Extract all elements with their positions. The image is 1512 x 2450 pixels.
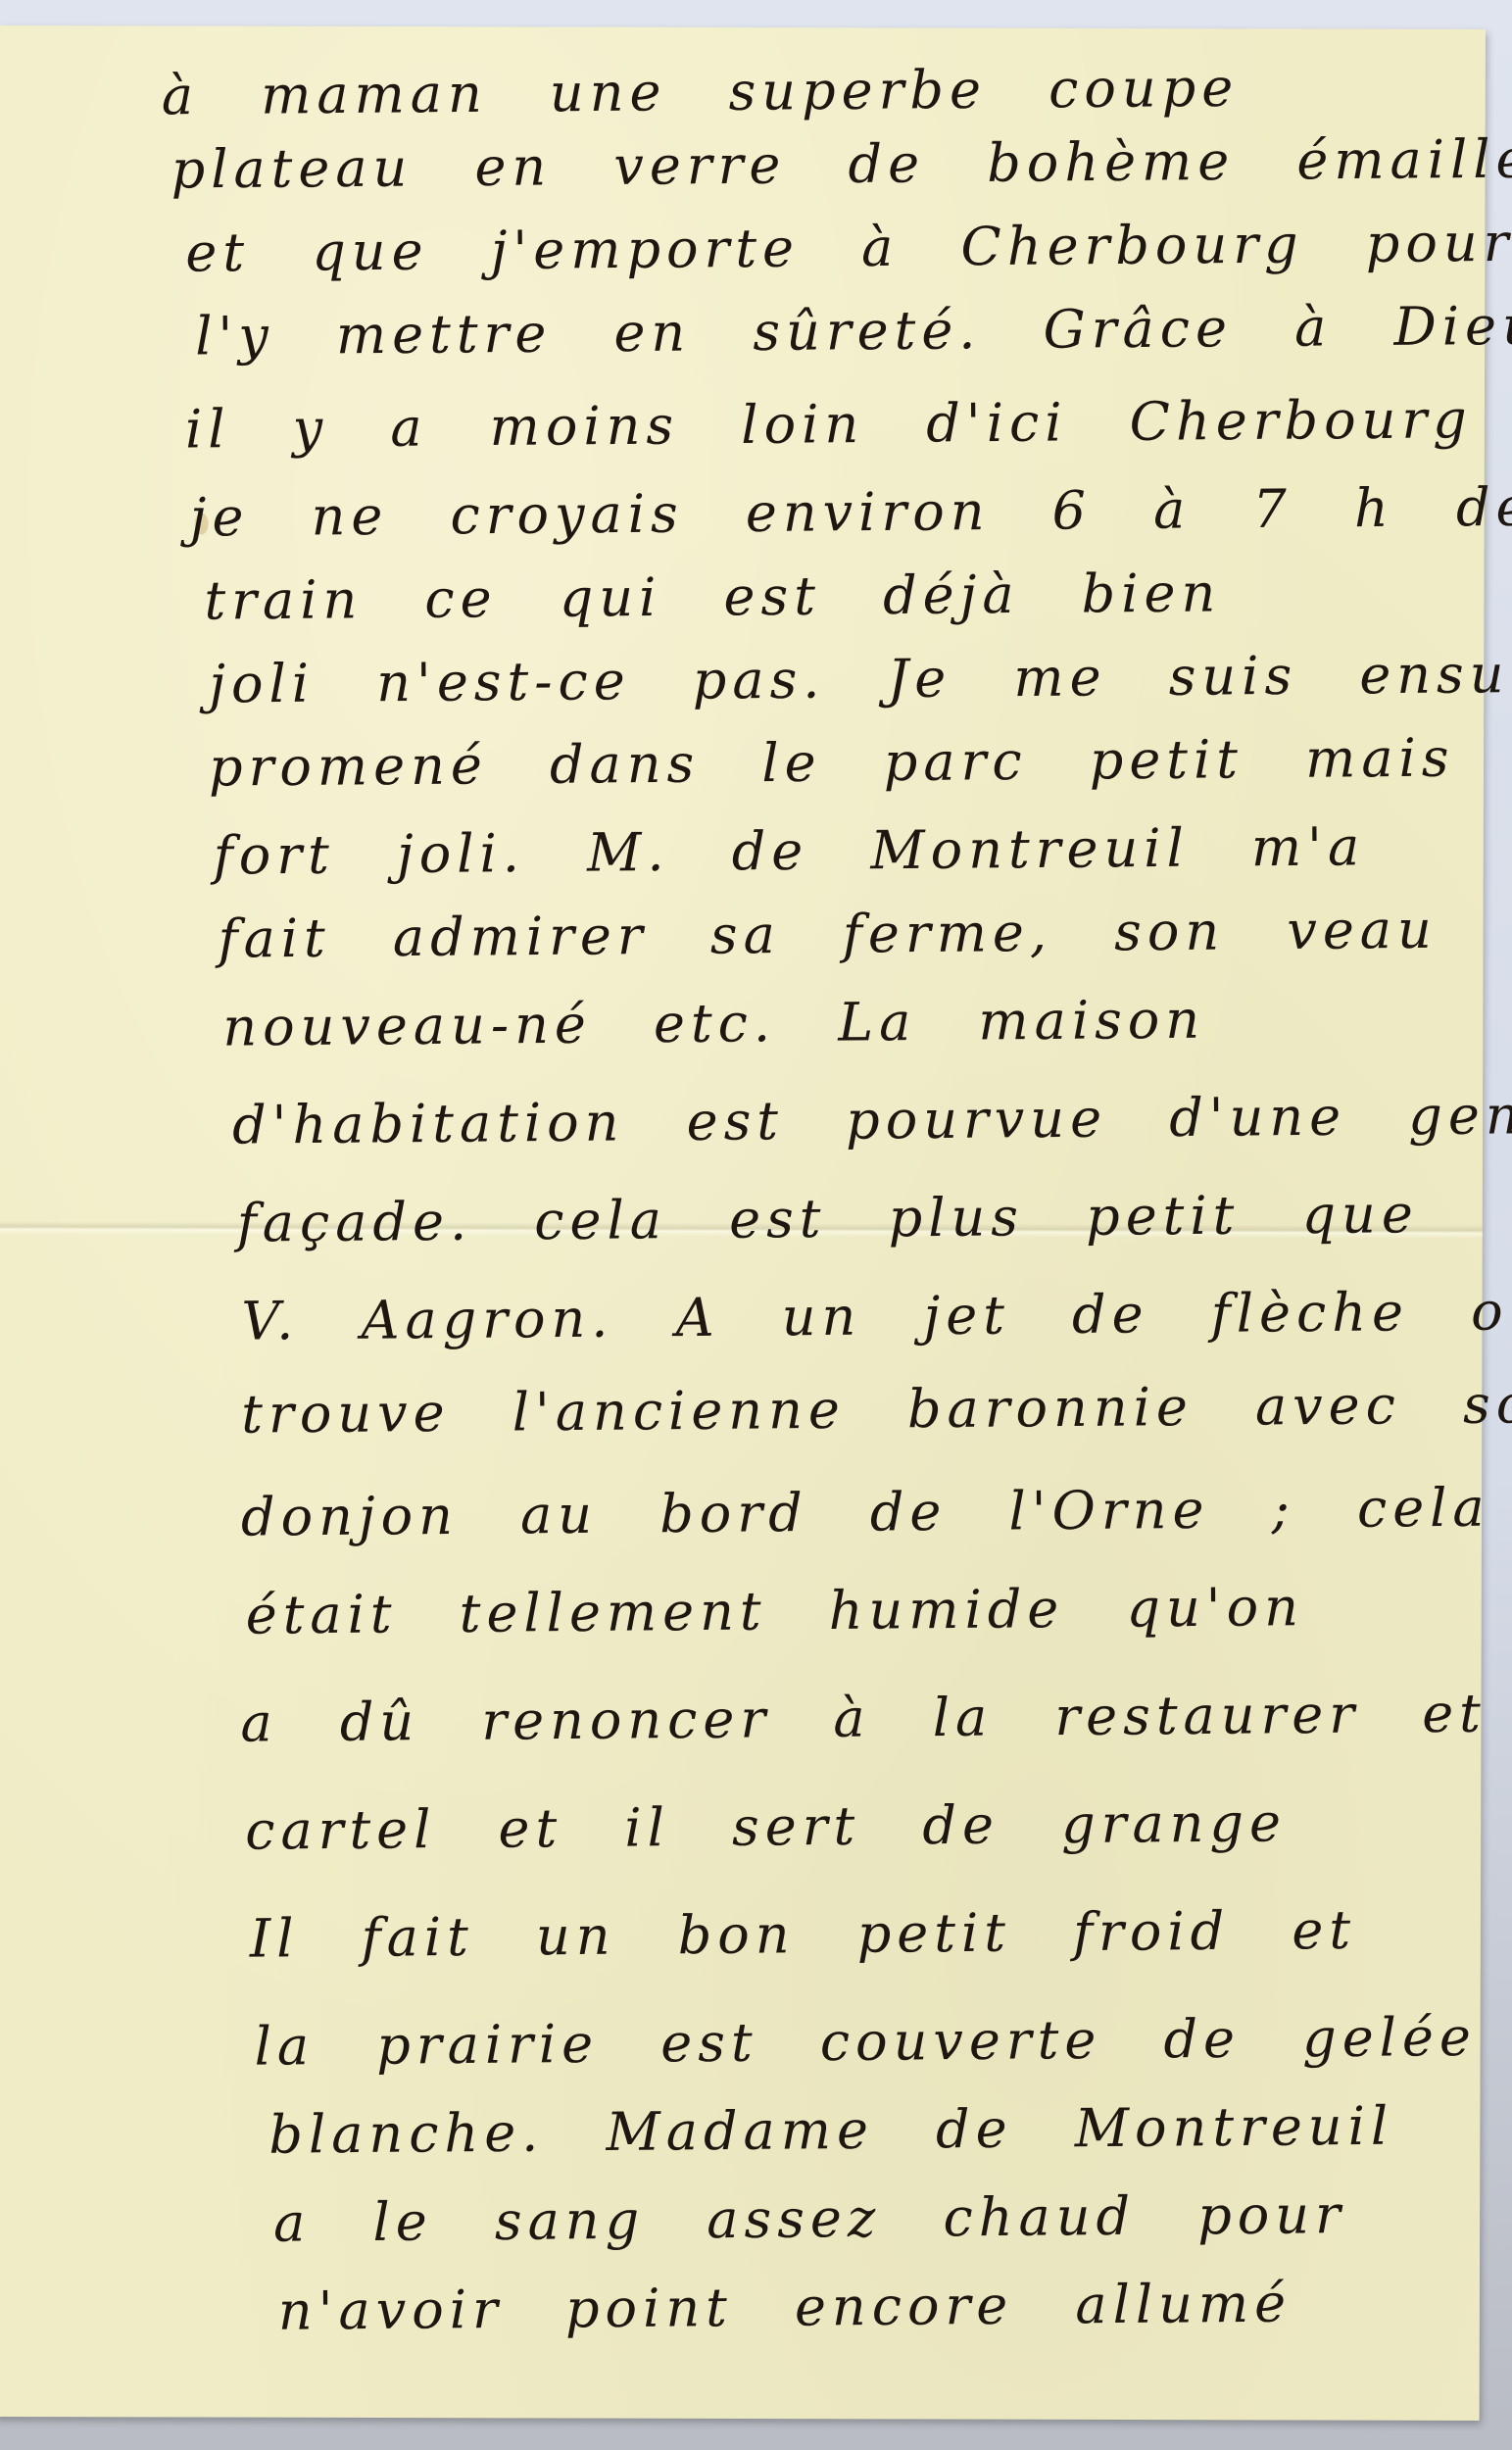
text-line: je ne croyais environ 6 à 7 h de	[189, 476, 1512, 549]
text-line: V. Aagron. A un jet de flèche on	[241, 1280, 1512, 1351]
text-line: d'habitation est pourvue d'une gentille	[232, 1083, 1512, 1155]
letter-paper: à maman une superbe coupe plateau en ver…	[0, 25, 1486, 2421]
text-line: plateau en verre de bohème émaillé	[171, 128, 1512, 201]
text-line: façade. cela est plus petit que	[237, 1183, 1419, 1253]
text-line: la prairie est couverte de gelée	[254, 2006, 1477, 2078]
text-line: joli n'est-ce pas. Je me suis ensuite	[209, 642, 1512, 714]
text-line: et que j'emporte à Cherbourg pour	[185, 212, 1512, 284]
text-line: a dû renoncer à la restaurer et	[240, 1683, 1487, 1754]
text-line: l'y mettre en sûreté. Grâce à Dieu	[195, 295, 1512, 367]
text-line: trouve l'ancienne baronnie avec son	[241, 1373, 1512, 1445]
text-line: nouveau-né etc. La maison	[222, 989, 1205, 1058]
text-line: fait admirer sa ferme, son veau	[218, 899, 1438, 970]
text-line: a le sang assez chaud pour	[273, 2183, 1346, 2254]
text-line: n'avoir point encore allumé	[278, 2273, 1293, 2342]
text-line: train ce qui est déjà bien	[204, 562, 1221, 631]
text-line: était tellement humide qu'on	[246, 1576, 1305, 1645]
text-line: Il fait un bon petit froid et	[250, 1899, 1357, 1970]
handwritten-text: à maman une superbe coupe plateau en ver…	[0, 25, 1486, 2421]
text-line: à maman une superbe coupe	[162, 57, 1240, 127]
text-line: fort joli. M. de Montreuil m'a	[214, 815, 1366, 886]
text-line: promené dans le parc petit mais	[209, 727, 1455, 799]
text-line: cartel et il sert de grange	[245, 1791, 1287, 1861]
text-line: donjon au bord de l'Orne ; cela	[241, 1477, 1490, 1548]
text-line: blanche. Madame de Montreuil	[268, 2095, 1393, 2166]
text-line: il y a moins loin d'ici Cherbourg que	[185, 387, 1512, 461]
